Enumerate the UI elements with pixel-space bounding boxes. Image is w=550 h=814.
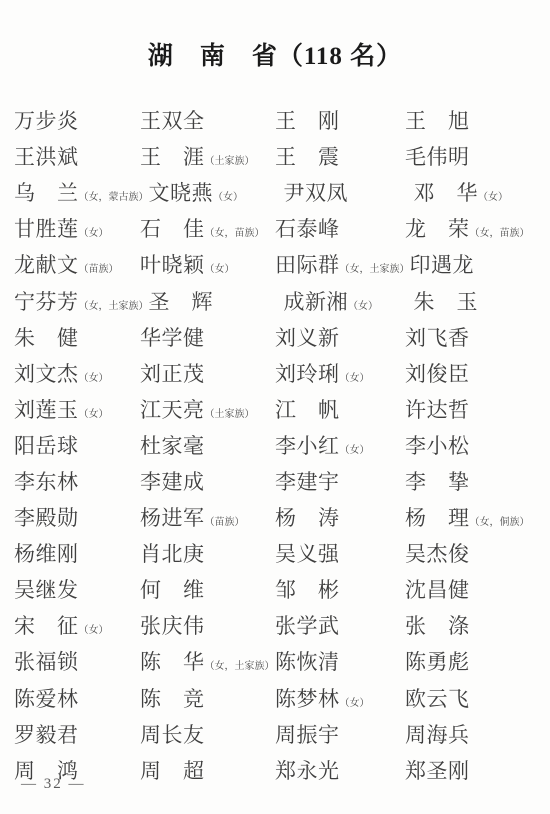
roster-row: 李殿勋杨进军（苗族）杨 涛杨 理（女，侗族）	[14, 499, 550, 535]
roster-row: 刘文杰（女）刘正茂刘玲琍（女）刘俊臣	[14, 355, 550, 391]
delegate-cell: 周 超	[140, 755, 275, 785]
delegate-name: 张 涤	[405, 614, 470, 638]
delegate-note: （女）	[79, 228, 109, 239]
delegate-cell: 李 挚	[405, 466, 470, 496]
delegate-name: 杨 涛	[275, 506, 340, 530]
delegate-name: 尹双凤	[284, 181, 349, 205]
delegate-cell: 王 震	[275, 141, 405, 171]
delegate-cell: 陈恢清	[275, 646, 405, 676]
delegate-name: 文晓燕	[149, 181, 214, 205]
delegate-cell: 李小红（女）	[275, 430, 405, 460]
delegate-cell: 朱 玉	[414, 286, 479, 316]
delegate-cell: 沈昌健	[405, 574, 470, 604]
delegate-note: （女，土家族）	[79, 301, 149, 312]
delegate-cell: 刘义新	[275, 322, 405, 352]
roster-row: 万步炎王双全王 刚王 旭	[14, 102, 550, 138]
delegate-note: （土家族）	[205, 156, 255, 167]
delegate-name: 甘胜莲	[14, 217, 79, 241]
delegate-cell: 石泰峰	[275, 213, 405, 243]
delegate-cell: 张福锁	[14, 646, 140, 676]
delegate-cell: 万步炎	[14, 105, 140, 135]
roster-row: 陈爱林陈 竞陈梦林（女）欧云飞	[14, 680, 550, 716]
delegate-note: （土家族）	[205, 409, 255, 420]
delegate-name: 周长友	[140, 723, 205, 747]
delegate-cell: 刘玲琍（女）	[275, 358, 405, 388]
roster-row: 吴继发何 维邹 彬沈昌健	[14, 571, 550, 607]
roster-row: 张福锁陈 华（女，土家族）陈恢清陈勇彪	[14, 643, 550, 679]
delegate-cell: 文晓燕（女）	[149, 177, 284, 207]
delegate-cell: 罗毅君	[14, 719, 140, 749]
delegate-cell: 陈梦林（女）	[275, 683, 405, 713]
delegate-name: 周 超	[140, 759, 205, 783]
delegate-cell: 刘飞香	[405, 322, 470, 352]
delegate-note: （苗族）	[79, 264, 119, 275]
delegate-cell: 石 佳（女，苗族）	[140, 213, 275, 243]
delegate-name: 刘俊臣	[405, 362, 470, 386]
delegate-name: 龙 荣	[405, 217, 470, 241]
delegate-cell: 吴义强	[275, 538, 405, 568]
delegate-cell: 李东林	[14, 466, 140, 496]
delegate-cell: 陈 竞	[140, 683, 275, 713]
delegate-cell: 王双全	[140, 105, 275, 135]
page-title: 湖 南 省（118 名）	[0, 36, 550, 72]
delegate-note: （女，苗族）	[470, 228, 530, 239]
delegate-name: 乌 兰	[14, 181, 79, 205]
delegate-cell: 龙 荣（女，苗族）	[405, 213, 530, 243]
delegate-name: 杜家毫	[140, 434, 205, 458]
delegate-name: 王 震	[275, 145, 340, 169]
delegate-name: 刘玲琍	[275, 362, 340, 386]
delegate-name: 刘文杰	[14, 362, 79, 386]
delegate-name: 朱 玉	[414, 290, 479, 314]
delegate-name: 刘莲玉	[14, 398, 79, 422]
delegate-name: 阳岳球	[14, 434, 79, 458]
delegate-cell: 杨 理（女，侗族）	[405, 502, 530, 532]
delegate-name: 李小红	[275, 434, 340, 458]
delegate-name: 万步炎	[14, 109, 79, 133]
delegate-name: 罗毅君	[14, 723, 79, 747]
delegate-name: 王双全	[140, 109, 205, 133]
delegate-cell: 宁芬芳（女，土家族）	[14, 286, 149, 316]
delegate-name: 张庆伟	[140, 614, 205, 638]
delegate-name: 石泰峰	[275, 217, 340, 241]
delegate-name: 郑永光	[275, 759, 340, 783]
delegate-name: 陈 华	[140, 650, 205, 674]
delegate-cell: 尹双凤	[284, 177, 414, 207]
delegate-name: 沈昌健	[405, 578, 470, 602]
delegate-name: 印遇龙	[410, 253, 475, 277]
delegate-cell: 肖北庚	[140, 538, 275, 568]
delegate-cell: 王洪斌	[14, 141, 140, 171]
delegate-name: 田际群	[275, 253, 340, 277]
delegate-cell: 刘莲玉（女）	[14, 394, 140, 424]
delegate-note: （女）	[79, 409, 109, 420]
delegate-name: 陈恢清	[275, 650, 340, 674]
delegate-cell: 杨进军（苗族）	[140, 502, 275, 532]
roster-row: 阳岳球杜家毫李小红（女）李小松	[14, 427, 550, 463]
delegate-cell: 刘俊臣	[405, 358, 470, 388]
roster-row: 龙献文（苗族）叶晓颖（女）田际群（女，土家族）印遇龙	[14, 246, 550, 282]
delegate-cell: 杜家毫	[140, 430, 275, 460]
delegate-cell: 李建宇	[275, 466, 405, 496]
delegate-cell: 江天亮（土家族）	[140, 394, 275, 424]
delegate-name: 王 涯	[140, 145, 205, 169]
delegate-name: 江天亮	[140, 398, 205, 422]
roster-row: 刘莲玉（女）江天亮（土家族）江 帆许达哲	[14, 391, 550, 427]
delegate-cell: 乌 兰（女，蒙古族）	[14, 177, 149, 207]
page-number: — 32 —	[21, 776, 86, 793]
delegate-cell: 周振宇	[275, 719, 405, 749]
delegate-note: （女）	[340, 445, 370, 456]
delegate-note: （女，蒙古族）	[79, 192, 149, 203]
delegate-cell: 田际群（女，土家族）	[275, 249, 410, 279]
delegate-cell: 邹 彬	[275, 574, 405, 604]
delegate-name: 陈勇彪	[405, 650, 470, 674]
roster-row: 王洪斌王 涯（土家族）王 震毛伟明	[14, 138, 550, 174]
delegate-name: 吴继发	[14, 578, 79, 602]
delegate-cell: 李小松	[405, 430, 470, 460]
delegate-cell: 朱 健	[14, 322, 140, 352]
delegate-name: 张福锁	[14, 650, 79, 674]
delegate-cell: 杨 涛	[275, 502, 405, 532]
delegate-cell: 李殿勋	[14, 502, 140, 532]
delegate-cell: 李建成	[140, 466, 275, 496]
roster-row: 罗毅君周长友周振宇周海兵	[14, 716, 550, 752]
delegate-name: 石 佳	[140, 217, 205, 241]
delegate-cell: 王 旭	[405, 105, 470, 135]
delegate-cell: 圣 辉	[149, 286, 284, 316]
delegate-name: 刘正茂	[140, 362, 205, 386]
delegate-name: 刘飞香	[405, 326, 470, 350]
delegate-cell: 刘正茂	[140, 358, 275, 388]
delegate-name: 王 刚	[275, 109, 340, 133]
delegate-cell: 张庆伟	[140, 610, 275, 640]
delegate-cell: 张学武	[275, 610, 405, 640]
delegate-cell: 周海兵	[405, 719, 470, 749]
delegate-note: （女）	[478, 192, 508, 203]
name-roster: 万步炎王双全王 刚王 旭王洪斌王 涯（土家族）王 震毛伟明乌 兰（女，蒙古族）文…	[14, 102, 550, 788]
delegate-note: （女，土家族）	[340, 264, 410, 275]
delegate-name: 王洪斌	[14, 145, 79, 169]
delegate-name: 吴义强	[275, 542, 340, 566]
delegate-name: 陈 竞	[140, 687, 205, 711]
delegate-name: 刘义新	[275, 326, 340, 350]
delegate-name: 宁芬芳	[14, 290, 79, 314]
delegate-name: 李建成	[140, 470, 205, 494]
delegate-name: 华学健	[140, 326, 205, 350]
delegate-name: 朱 健	[14, 326, 79, 350]
delegate-name: 肖北庚	[140, 542, 205, 566]
delegate-cell: 王 涯（土家族）	[140, 141, 275, 171]
delegate-note: （女）	[79, 625, 109, 636]
delegate-name: 何 维	[140, 578, 205, 602]
delegate-cell: 邓 华（女）	[414, 177, 509, 207]
delegate-name: 毛伟明	[405, 145, 470, 169]
delegate-note: （女，苗族）	[205, 228, 265, 239]
roster-row: 宋 征（女）张庆伟张学武张 涤	[14, 607, 550, 643]
delegate-cell: 龙献文（苗族）	[14, 249, 140, 279]
delegate-cell: 周长友	[140, 719, 275, 749]
delegate-name: 李殿勋	[14, 506, 79, 530]
roster-row: 宁芬芳（女，土家族）圣 辉成新湘（女）朱 玉	[14, 282, 550, 318]
delegate-cell: 吴杰俊	[405, 538, 470, 568]
delegate-name: 王 旭	[405, 109, 470, 133]
delegate-name: 叶晓颖	[140, 253, 205, 277]
delegate-name: 宋 征	[14, 614, 79, 638]
delegate-cell: 何 维	[140, 574, 275, 604]
delegate-cell: 成新湘（女）	[284, 286, 414, 316]
delegate-cell: 陈勇彪	[405, 646, 470, 676]
delegate-name: 李建宇	[275, 470, 340, 494]
roster-row: 乌 兰（女，蒙古族）文晓燕（女）尹双凤邓 华（女）	[14, 174, 550, 210]
delegate-cell: 郑圣刚	[405, 755, 470, 785]
delegate-cell: 江 帆	[275, 394, 405, 424]
delegate-cell: 王 刚	[275, 105, 405, 135]
delegate-note: （女）	[340, 373, 370, 384]
delegate-cell: 欧云飞	[405, 683, 470, 713]
delegate-cell: 印遇龙	[410, 249, 475, 279]
delegate-cell: 阳岳球	[14, 430, 140, 460]
delegate-note: （女，土家族）	[205, 661, 275, 672]
delegate-cell: 杨维刚	[14, 538, 140, 568]
delegate-name: 李东林	[14, 470, 79, 494]
delegate-note: （女）	[213, 192, 243, 203]
delegate-name: 欧云飞	[405, 687, 470, 711]
delegate-cell: 郑永光	[275, 755, 405, 785]
delegate-cell: 宋 征（女）	[14, 610, 140, 640]
document-page: 湖 南 省（118 名） 万步炎王双全王 刚王 旭王洪斌王 涯（土家族）王 震毛…	[0, 0, 550, 814]
roster-row: 甘胜莲（女）石 佳（女，苗族）石泰峰龙 荣（女，苗族）	[14, 210, 550, 246]
delegate-cell: 叶晓颖（女）	[140, 249, 275, 279]
roster-row: 周 鸿周 超郑永光郑圣刚	[14, 752, 550, 788]
roster-row: 杨维刚肖北庚吴义强吴杰俊	[14, 535, 550, 571]
delegate-name: 杨维刚	[14, 542, 79, 566]
delegate-name: 江 帆	[275, 398, 340, 422]
delegate-note: （女，侗族）	[470, 517, 530, 528]
delegate-name: 龙献文	[14, 253, 79, 277]
delegate-cell: 陈 华（女，土家族）	[140, 646, 275, 676]
delegate-note: （女）	[205, 264, 235, 275]
delegate-name: 邹 彬	[275, 578, 340, 602]
delegate-name: 成新湘	[284, 290, 349, 314]
delegate-note: （女）	[348, 301, 378, 312]
delegate-name: 许达哲	[405, 398, 470, 422]
delegate-cell: 甘胜莲（女）	[14, 213, 140, 243]
delegate-name: 李小松	[405, 434, 470, 458]
delegate-note: （女）	[340, 698, 370, 709]
delegate-name: 周振宇	[275, 723, 340, 747]
delegate-cell: 华学健	[140, 322, 275, 352]
delegate-name: 李 挚	[405, 470, 470, 494]
delegate-note: （苗族）	[205, 517, 245, 528]
delegate-name: 郑圣刚	[405, 759, 470, 783]
delegate-cell: 刘文杰（女）	[14, 358, 140, 388]
delegate-name: 圣 辉	[149, 290, 214, 314]
delegate-name: 陈爱林	[14, 687, 79, 711]
delegate-cell: 张 涤	[405, 610, 470, 640]
delegate-name: 陈梦林	[275, 687, 340, 711]
delegate-name: 邓 华	[414, 181, 479, 205]
delegate-cell: 吴继发	[14, 574, 140, 604]
delegate-name: 杨进军	[140, 506, 205, 530]
delegate-name: 张学武	[275, 614, 340, 638]
delegate-name: 周海兵	[405, 723, 470, 747]
delegate-name: 杨 理	[405, 506, 470, 530]
delegate-cell: 许达哲	[405, 394, 470, 424]
delegate-cell: 毛伟明	[405, 141, 470, 171]
delegate-name: 吴杰俊	[405, 542, 470, 566]
roster-row: 朱 健华学健刘义新刘飞香	[14, 319, 550, 355]
roster-row: 李东林李建成李建宇李 挚	[14, 463, 550, 499]
delegate-note: （女）	[79, 373, 109, 384]
delegate-cell: 陈爱林	[14, 683, 140, 713]
